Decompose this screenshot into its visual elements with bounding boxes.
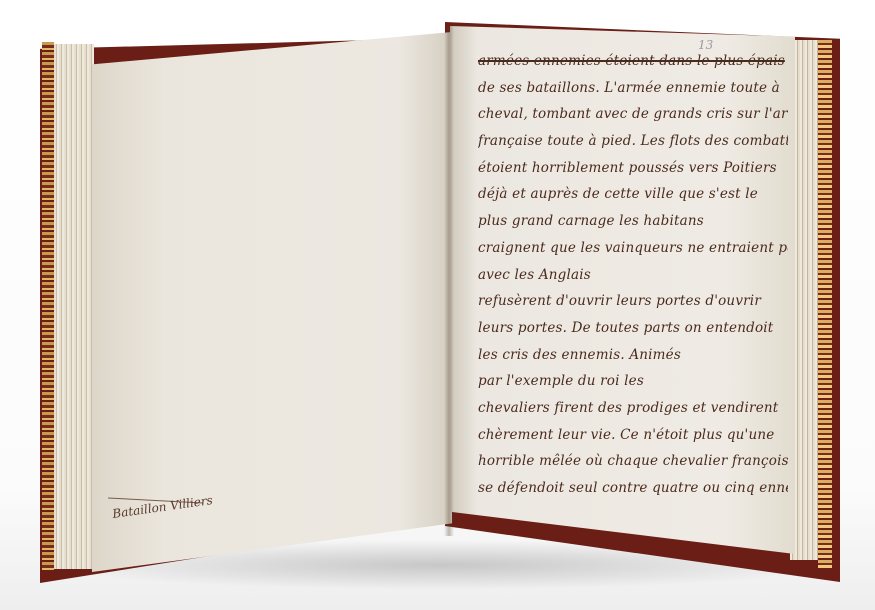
handwritten-line: chèrement leur vie. Ce n'étoit plus qu'u… xyxy=(478,422,788,449)
manuscript-photo: 13 Bataillon Villiers armées ennemies ét… xyxy=(0,0,875,610)
book-gutter xyxy=(444,26,454,536)
handwritten-line: leurs portes. De toutes parts on entendo… xyxy=(478,315,788,342)
handwritten-line: armées ennemies étoient dans le plus épa… xyxy=(478,48,788,75)
handwritten-line: de ses bataillons. L'armée ennemie toute… xyxy=(478,75,788,102)
ghost-line xyxy=(112,97,432,124)
ghost-line xyxy=(112,123,432,150)
handwritten-line: avec les Anglais xyxy=(478,262,788,289)
handwritten-line: cheval, tombant avec de grands cris sur … xyxy=(478,101,788,128)
handwritten-line: plus grand carnage les habitans xyxy=(478,208,788,235)
handwritten-line: française toute à pied. Les flots des co… xyxy=(478,128,788,155)
left-page-edges xyxy=(54,44,94,569)
right-gilt-border xyxy=(818,40,832,570)
left-page-bleedthrough-text xyxy=(112,70,432,176)
handwritten-line: horrible mêlée où chaque chevalier franç… xyxy=(478,448,788,475)
ghost-line xyxy=(112,150,432,177)
handwritten-line: les cris des ennemis. Animés xyxy=(478,342,788,369)
handwritten-line: déjà et auprès de cette ville que s'est … xyxy=(478,181,788,208)
right-page-handwriting: armées ennemies étoient dans le plus épa… xyxy=(478,48,788,502)
handwritten-line: chevaliers firent des prodiges et vendir… xyxy=(478,395,788,422)
handwritten-line: se défendoit seul contre quatre ou cinq … xyxy=(478,475,788,502)
handwritten-line: craignent que les vainqueurs ne entraien… xyxy=(478,235,788,262)
left-gilt-border xyxy=(42,42,54,572)
handwritten-line: étoient horriblement poussés vers Poitie… xyxy=(478,155,788,182)
handwritten-line: par l'exemple du roi les xyxy=(478,368,788,395)
ghost-line xyxy=(112,70,432,97)
handwritten-line: refusèrent d'ouvrir leurs portes d'ouvri… xyxy=(478,288,788,315)
